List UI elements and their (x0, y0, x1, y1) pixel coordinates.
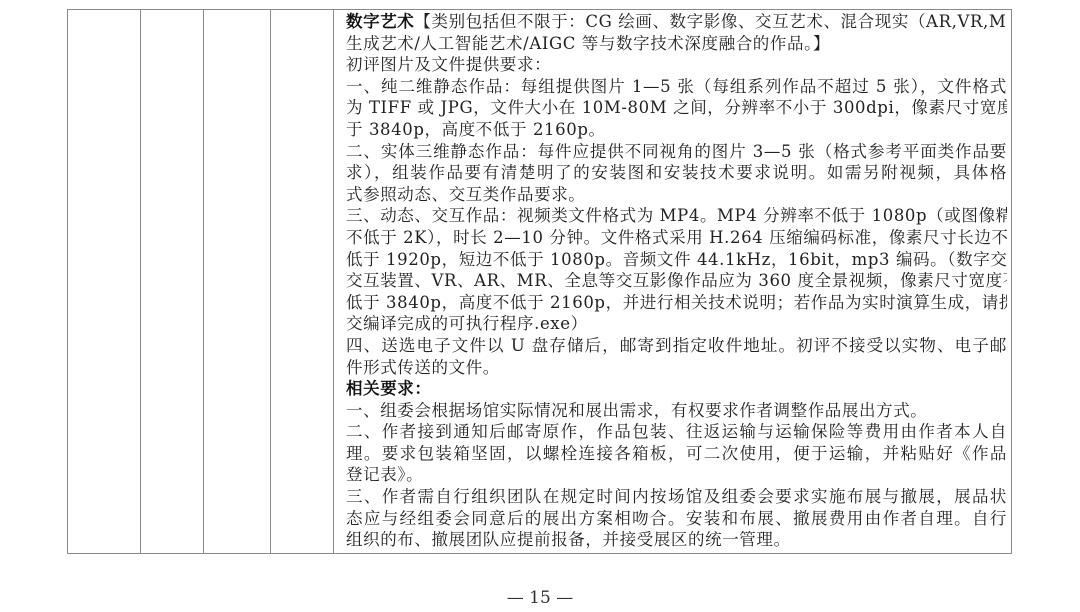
text-line: 低于 1920p，短边不低于 1080p。音频文件 44.1kHz，16bit，… (346, 249, 1007, 271)
text-line: 一、组委会根据场馆实际情况和展出需求，有权要求作者调整作品展出方式。 (346, 400, 1007, 422)
line-text: 交互装置、VR、AR、MR、全息等交互影像作品应为 360 度全景视频，像素尺寸… (346, 271, 1007, 290)
text-line: 二、实体三维静态作品：每件应提供不同视角的图片 3—5 张（格式参考平面类作品要 (346, 141, 1007, 163)
line-text: 二、实体三维静态作品：每件应提供不同视角的图片 3—5 张（格式参考平面类作品要 (346, 142, 1007, 161)
line-text: 组织的布、撤展团队应提前报备，并接受展区的统一管理。 (346, 530, 791, 549)
page-number: — 15 — (0, 588, 1080, 608)
line-text: 件形式传送的文件。 (346, 358, 500, 377)
line-text: 式参照动态、交互类作品要求。 (346, 185, 585, 204)
line-text: 低于 1920p，短边不低于 1080p。音频文件 44.1kHz，16bit，… (346, 250, 1007, 269)
text-line: 低于 3840p，高度不低于 2160p，并进行相关技术说明；若作品为实时演算生… (346, 292, 1007, 314)
line-text: 交编译完成的可执行程序.exe） (346, 314, 588, 333)
column-divider (203, 10, 204, 553)
line-text: 三、动态、交互作品：视频类文件格式为 MP4。MP4 分辨率不低于 1080p（… (346, 206, 1007, 225)
line-text: 登记表》。 (346, 465, 423, 484)
text-line: 一、纯二维静态作品：每组提供图片 1—5 张（每组系列作品不超过 5 张），文件… (346, 76, 1007, 98)
line-text: 【类别包括但不限于：CG 绘画、数字影像、交互艺术、混合现实（AR,VR,MR）… (414, 12, 1007, 31)
text-line: 二、作者接到通知后邮寄原作，作品包装、往返运输与运输保险等费用由作者本人自 (346, 421, 1007, 443)
line-text: 初评图片及文件提供要求： (346, 55, 551, 74)
text-line: 三、作者需自行组织团队在规定时间内按场馆及组委会要求实施布展与撤展，展品状 (346, 486, 1007, 508)
requirements-cell: 数字艺术【类别包括但不限于：CG 绘画、数字影像、交互艺术、混合现实（AR,VR… (340, 10, 1011, 553)
line-text: 四、送选电子文件以 U 盘存储后，邮寄到指定收件地址。初评不接受以实物、电子邮 (346, 336, 1007, 355)
text-line: 式参照动态、交互类作品要求。 (346, 184, 1007, 206)
subsection-heading: 相关要求： (346, 379, 432, 398)
text-line: 初评图片及文件提供要求： (346, 54, 1007, 76)
text-line: 为 TIFF 或 JPG，文件大小在 10M-80M 之间，分辨率不小于 300… (346, 97, 1007, 119)
section-title: 数字艺术 (346, 12, 414, 31)
line-text: 低于 3840p，高度不低于 2160p，并进行相关技术说明；若作品为实时演算生… (346, 293, 1007, 312)
line-text: 生成艺术/人工智能艺术/AIGC 等与数字技术深度融合的作品。】 (346, 34, 830, 53)
text-line: 生成艺术/人工智能艺术/AIGC 等与数字技术深度融合的作品。】 (346, 33, 1007, 55)
text-line: 于 3840p，高度不低于 2160p。 (346, 119, 1007, 141)
text-line: 态应与经组委会同意后的展出方案相吻合。安装和布展、撤展费用由作者自理。自行 (346, 508, 1007, 530)
text-line: 件形式传送的文件。 (346, 357, 1007, 379)
column-divider (140, 10, 141, 553)
text-line: 登记表》。 (346, 464, 1007, 486)
text-line: 理。要求包装箱坚固，以螺栓连接各箱板，可二次使用，便于运输，并粘贴好《作品 (346, 443, 1007, 465)
column-divider (270, 10, 271, 553)
line-text: 一、组委会根据场馆实际情况和展出需求，有权要求作者调整作品展出方式。 (346, 401, 927, 420)
column-divider (333, 10, 334, 553)
text-line: 求），组装作品要有清楚明了的安装图和安装技术要求说明。如需另附视频，具体格 (346, 162, 1007, 184)
text-line: 交编译完成的可执行程序.exe） (346, 313, 1007, 335)
line-text: 理。要求包装箱坚固，以螺栓连接各箱板，可二次使用，便于运输，并粘贴好《作品 (346, 444, 1007, 463)
line-text: 态应与经组委会同意后的展出方案相吻合。安装和布展、撤展费用由作者自理。自行 (346, 509, 1007, 528)
text-line: 四、送选电子文件以 U 盘存储后，邮寄到指定收件地址。初评不接受以实物、电子邮 (346, 335, 1007, 357)
line-text: 二、作者接到通知后邮寄原作，作品包装、往返运输与运输保险等费用由作者本人自 (346, 422, 1007, 441)
line-text: 为 TIFF 或 JPG，文件大小在 10M-80M 之间，分辨率不小于 300… (346, 98, 1007, 117)
text-line: 相关要求： (346, 378, 1007, 400)
line-text: 三、作者需自行组织团队在规定时间内按场馆及组委会要求实施布展与撤展，展品状 (346, 487, 1007, 506)
line-text: 一、纯二维静态作品：每组提供图片 1—5 张（每组系列作品不超过 5 张），文件… (346, 77, 1007, 96)
text-line: 三、动态、交互作品：视频类文件格式为 MP4。MP4 分辨率不低于 1080p（… (346, 205, 1007, 227)
requirements-table: 数字艺术【类别包括但不限于：CG 绘画、数字影像、交互艺术、混合现实（AR,VR… (67, 9, 1012, 554)
line-text: 求），组装作品要有清楚明了的安装图和安装技术要求说明。如需另附视频，具体格 (346, 163, 1007, 182)
text-line: 组织的布、撤展团队应提前报备，并接受展区的统一管理。 (346, 529, 1007, 551)
text-line: 数字艺术【类别包括但不限于：CG 绘画、数字影像、交互艺术、混合现实（AR,VR… (346, 11, 1007, 33)
line-text: 不低于 2K），时长 2—10 分钟。文件格式采用 H.264 压缩编码标准，像… (346, 228, 1007, 247)
text-line: 不低于 2K），时长 2—10 分钟。文件格式采用 H.264 压缩编码标准，像… (346, 227, 1007, 249)
text-line: 交互装置、VR、AR、MR、全息等交互影像作品应为 360 度全景视频，像素尺寸… (346, 270, 1007, 292)
line-text: 于 3840p，高度不低于 2160p。 (346, 120, 606, 139)
